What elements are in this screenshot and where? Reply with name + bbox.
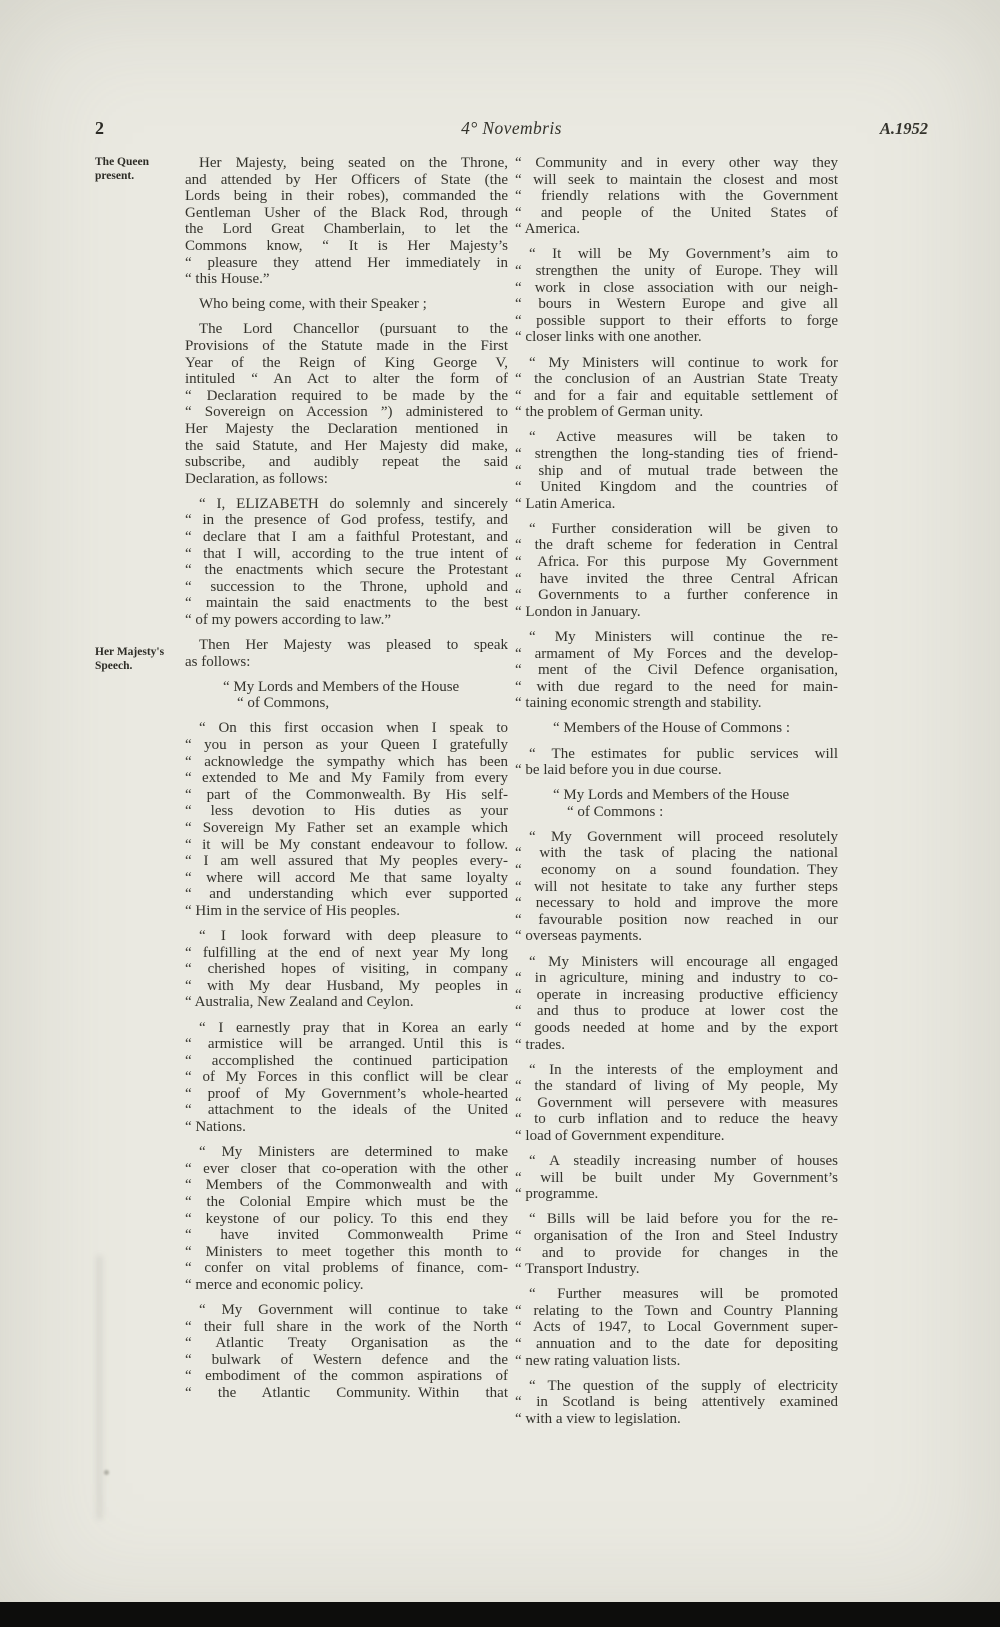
- text-line: “ Further consideration will be given to: [515, 521, 838, 538]
- text-line: “ accomplished the continued participati…: [185, 1053, 508, 1070]
- text-line: “ and thus to produce at lower cost the: [515, 1003, 838, 1020]
- text-line: “ annuation and to the date for depositi…: [515, 1336, 838, 1353]
- text-line: “ I earnestly pray that in Korea an earl…: [185, 1020, 508, 1037]
- paragraph: Who being come, with their Speaker ;: [185, 296, 508, 313]
- text-line: subscribe, and audibly repeat the said: [185, 454, 508, 471]
- paragraph: “ Members of the House of Commons :: [515, 720, 838, 737]
- text-line: “ the problem of German unity.: [515, 404, 838, 421]
- paragraph: Then Her Majesty was pleased to speakas …: [185, 637, 508, 670]
- text-line: “ strengthen the long-standing ties of f…: [515, 446, 838, 463]
- text-line: “ less devotion to His duties as your: [185, 803, 508, 820]
- text-line: “ of Commons :: [553, 804, 838, 821]
- text-line: Then Her Majesty was pleased to speak: [185, 637, 508, 654]
- text-line: “ Active measures will be taken to: [515, 429, 838, 446]
- text-line: “ have invited Commonwealth Prime: [185, 1227, 508, 1244]
- text-line: “ My Government will continue to take: [185, 1302, 508, 1319]
- text-line: “ It will be My Government’s aim to: [515, 246, 838, 263]
- text-line: “ have invited the three Central African: [515, 571, 838, 588]
- text-line: “ with a view to legislation.: [515, 1411, 838, 1428]
- text-line: “ America.: [515, 221, 838, 238]
- paragraph: The Lord Chancellor (pursuant to theProv…: [185, 321, 508, 487]
- text-line: Year of the Reign of King George V,: [185, 355, 508, 372]
- text-line: “ with due regard to the need for main-: [515, 679, 838, 696]
- text-line: “ organisation of the Iron and Steel Ind…: [515, 1228, 838, 1245]
- header-date: 4° Novembris: [95, 118, 928, 139]
- text-line: “ succession to the Throne, uphold and: [185, 579, 508, 596]
- text-line: “ cherished hopes of visiting, in compan…: [185, 961, 508, 978]
- text-line: “ Declaration required to be made by the: [185, 388, 508, 405]
- text-line: “ Members of the House of Commons :: [553, 720, 838, 737]
- text-line: “ My Lords and Members of the House: [553, 787, 838, 804]
- paragraph: “ Active measures will be taken to“ stre…: [515, 429, 838, 512]
- text-line: “ favourable position now reached in our: [515, 912, 838, 929]
- left-column: Her Majesty, being seated on the Throne,…: [185, 155, 508, 1410]
- paragraph: “ My Government will proceed resolutely“…: [515, 829, 838, 945]
- text-line: “ new rating valuation lists.: [515, 1353, 838, 1370]
- text-line: “ will not hesitate to take any further …: [515, 879, 838, 896]
- text-line: “ declare that I am a faithful Protestan…: [185, 529, 508, 546]
- text-line: “ extended to Me and My Family from ever…: [185, 770, 508, 787]
- text-line: the Lord Great Chamberlain, to let the: [185, 221, 508, 238]
- paragraph: “ I look forward with deep pleasure to“ …: [185, 928, 508, 1011]
- text-line: “ Latin America.: [515, 496, 838, 513]
- text-line: “ My Ministers will continue to work for: [515, 355, 838, 372]
- text-line: “ I look forward with deep pleasure to: [185, 928, 508, 945]
- text-line: “ necessary to hold and improve the more: [515, 895, 838, 912]
- text-line: “ overseas payments.: [515, 928, 838, 945]
- scan-edge-bar: [0, 1602, 1000, 1627]
- text-line: “ possible support to their efforts to f…: [515, 313, 838, 330]
- text-line: “ Community and in every other way they: [515, 155, 838, 172]
- paragraph: “ Further consideration will be given to…: [515, 521, 838, 621]
- text-line: “ Sovereign on Accession ”) administered…: [185, 404, 508, 421]
- text-line: “ the Atlantic Community. Within that: [185, 1385, 508, 1402]
- text-line: “ the standard of living of My people, M…: [515, 1078, 838, 1095]
- paragraph: “ In the interests of the employment and…: [515, 1062, 838, 1145]
- paragraph: “ My Ministers will continue the re-“ ar…: [515, 629, 838, 712]
- scan-smudge: [96, 1255, 103, 1520]
- text-line: “ maintain the said enactments to the be…: [185, 595, 508, 612]
- header-session-year: A.1952: [880, 119, 928, 139]
- text-line: “ Further measures will be promoted: [515, 1286, 838, 1303]
- text-line: Gentleman Usher of the Black Rod, throug…: [185, 205, 508, 222]
- text-line: “ of My Forces in this conflict will be …: [185, 1069, 508, 1086]
- text-line: Commons know, “ It is Her Majesty’s: [185, 238, 508, 255]
- paragraph: “ The estimates for public services will…: [515, 746, 838, 779]
- text-line: “ of my powers according to law.”: [185, 612, 508, 629]
- text-line: “ and for a fair and equitable settlemen…: [515, 388, 838, 405]
- text-line: “ Nations.: [185, 1119, 508, 1136]
- text-line: “ bours in Western Europe and give all: [515, 296, 838, 313]
- text-line: “ bulwark of Western defence and the: [185, 1352, 508, 1369]
- text-line: “ work in close association with our nei…: [515, 280, 838, 297]
- text-line: “ embodiment of the common aspirations o…: [185, 1368, 508, 1385]
- text-line: “ strengthen the unity of Europe. They w…: [515, 263, 838, 280]
- margin-note-majestys-speech: Her Majesty's Speech.: [95, 646, 183, 673]
- text-line: “ their full share in the work of the No…: [185, 1319, 508, 1336]
- text-line: “ goods needed at home and by the export: [515, 1020, 838, 1037]
- text-line: “ in agriculture, mining and industry to…: [515, 970, 838, 987]
- text-line: “ the enactments which secure the Protes…: [185, 562, 508, 579]
- paragraph: “ A steadily increasing number of houses…: [515, 1153, 838, 1203]
- text-line: intituled “ An Act to alter the form of: [185, 371, 508, 388]
- text-line: Her Majesty, being seated on the Throne,: [185, 155, 508, 172]
- text-line: “ Ministers to meet together this month …: [185, 1244, 508, 1261]
- text-line: “ operate in increasing productive effic…: [515, 987, 838, 1004]
- text-line: “ will seek to maintain the closest and …: [515, 172, 838, 189]
- paragraph: “ It will be My Government’s aim to“ str…: [515, 246, 838, 346]
- text-line: Provisions of the Statute made in the Fi…: [185, 338, 508, 355]
- text-line: “ attachment to the ideals of the United: [185, 1102, 508, 1119]
- paragraph: “ Community and in every other way they“…: [515, 155, 838, 238]
- text-line: “ My Ministers will continue the re-: [515, 629, 838, 646]
- text-line: “ friendly relations with the Government: [515, 188, 838, 205]
- text-line: “ I, ELIZABETH do solemnly and sincerely: [185, 496, 508, 513]
- text-line: “ in Scotland is being attentively exami…: [515, 1394, 838, 1411]
- text-line: “ ship and of mutual trade between the: [515, 463, 838, 480]
- text-line: “ armament of My Forces and the develop-: [515, 646, 838, 663]
- paragraph: “ Bills will be laid before you for the …: [515, 1211, 838, 1277]
- text-line: “ I am well assured that My peoples ever…: [185, 853, 508, 870]
- text-line: “ Atlantic Treaty Organisation as the: [185, 1335, 508, 1352]
- text-line: Lords being in their robes), commanded t…: [185, 188, 508, 205]
- paragraph: “ The question of the supply of electric…: [515, 1378, 838, 1428]
- text-line: “ Governments to a further conference in: [515, 587, 838, 604]
- text-line: Who being come, with their Speaker ;: [185, 296, 508, 313]
- paragraph: “ I earnestly pray that in Korea an earl…: [185, 1020, 508, 1136]
- text-line: “ proof of My Government’s whole-hearted: [185, 1086, 508, 1103]
- text-line: Declaration, as follows:: [185, 471, 508, 488]
- paragraph: “ I, ELIZABETH do solemnly and sincerely…: [185, 496, 508, 629]
- margin-note-queen-present: The Queen present.: [95, 156, 183, 183]
- paragraph: “ On this first occasion when I speak to…: [185, 720, 508, 919]
- text-line: “ My Government will proceed resolutely: [515, 829, 838, 846]
- text-line: “ Africa. For this purpose My Government: [515, 554, 838, 571]
- text-line: “ economy on a sound foundation. They: [515, 862, 838, 879]
- text-line: “ armistice will be arranged. Until this…: [185, 1036, 508, 1053]
- text-line: “ the draft scheme for federation in Cen…: [515, 537, 838, 554]
- text-line: “ Bills will be laid before you for the …: [515, 1211, 838, 1228]
- text-line: “ confer on vital problems of finance, c…: [185, 1260, 508, 1277]
- text-line: “ Australia, New Zealand and Ceylon.: [185, 994, 508, 1011]
- text-line: “ My Ministers are determined to make: [185, 1144, 508, 1161]
- text-line: “ Transport Industry.: [515, 1261, 838, 1278]
- text-line: “ Sovereign My Father set an example whi…: [185, 820, 508, 837]
- text-line: and attended by Her Officers of State (t…: [185, 172, 508, 189]
- text-line: “ Acts of 1947, to Local Government supe…: [515, 1319, 838, 1336]
- text-line: “ Members of the Commonwealth and with: [185, 1177, 508, 1194]
- text-line: “ closer links with one another.: [515, 329, 838, 346]
- text-line: “ merce and economic policy.: [185, 1277, 508, 1294]
- text-line: “ Him in the service of His peoples.: [185, 903, 508, 920]
- text-line: “ taining economic strength and stabilit…: [515, 695, 838, 712]
- text-line: “ and to provide for changes in the: [515, 1245, 838, 1262]
- text-line: “ My Lords and Members of the House: [223, 679, 508, 696]
- text-line: “ it will be My constant endeavour to fo…: [185, 837, 508, 854]
- text-line: “ be laid before you in due course.: [515, 762, 838, 779]
- paragraph: “ My Lords and Members of the House“ of …: [515, 787, 838, 820]
- paragraph: “ My Government will continue to take“ t…: [185, 1302, 508, 1402]
- text-line: “ with My dear Husband, My peoples in: [185, 978, 508, 995]
- text-line: “ to curb inflation and to reduce the he…: [515, 1111, 838, 1128]
- paragraph: “ My Lords and Members of the House“ of …: [185, 679, 508, 712]
- text-line: The Lord Chancellor (pursuant to the: [185, 321, 508, 338]
- text-line: “ of Commons,: [223, 695, 508, 712]
- right-column: “ Community and in every other way they“…: [515, 155, 838, 1436]
- text-line: “ United Kingdom and the countries of: [515, 479, 838, 496]
- text-line: “ pleasure they attend Her immediately i…: [185, 255, 508, 272]
- paragraph: “ My Ministers will encourage all engage…: [515, 954, 838, 1054]
- text-line: “ that I will, according to the true int…: [185, 546, 508, 563]
- text-line: “ relating to the Town and Country Plann…: [515, 1303, 838, 1320]
- scan-speck: [104, 1470, 109, 1475]
- text-line: “ in the presence of God profess, testif…: [185, 512, 508, 529]
- text-line: “ A steadily increasing number of houses: [515, 1153, 838, 1170]
- text-line: “ Government will persevere with measure…: [515, 1095, 838, 1112]
- text-line: the said Statute, and Her Majesty did ma…: [185, 438, 508, 455]
- text-line: “ On this first occasion when I speak to: [185, 720, 508, 737]
- text-line: “ will be built under My Government’s: [515, 1170, 838, 1187]
- text-line: “ ment of the Civil Defence organisation…: [515, 662, 838, 679]
- text-line: Her Majesty the Declaration mentioned in: [185, 421, 508, 438]
- text-line: “ London in January.: [515, 604, 838, 621]
- text-line: “ load of Government expenditure.: [515, 1128, 838, 1145]
- paragraph: “ My Ministers will continue to work for…: [515, 355, 838, 421]
- text-line: “ programme.: [515, 1186, 838, 1203]
- text-line: “ keystone of our policy. To this end th…: [185, 1211, 508, 1228]
- text-line: “ acknowledge the sympathy which has bee…: [185, 754, 508, 771]
- text-line: “ trades.: [515, 1037, 838, 1054]
- text-line: “ and people of the United States of: [515, 205, 838, 222]
- text-line: “ In the interests of the employment and: [515, 1062, 838, 1079]
- page-header: 2 4° Novembris A.1952: [95, 118, 928, 142]
- text-line: “ The estimates for public services will: [515, 746, 838, 763]
- paragraph: “ My Ministers are determined to make“ e…: [185, 1144, 508, 1293]
- paragraph: “ Further measures will be promoted“ rel…: [515, 1286, 838, 1369]
- text-line: “ the conclusion of an Austrian State Tr…: [515, 371, 838, 388]
- text-line: “ The question of the supply of electric…: [515, 1378, 838, 1395]
- paragraph: Her Majesty, being seated on the Throne,…: [185, 155, 508, 288]
- text-line: “ My Ministers will encourage all engage…: [515, 954, 838, 971]
- text-line: “ ever closer that co-operation with the…: [185, 1161, 508, 1178]
- journal-page: 2 4° Novembris A.1952 The Queen present.…: [0, 0, 1000, 1627]
- text-line: “ fulfilling at the end of next year My …: [185, 945, 508, 962]
- text-line: as follows:: [185, 654, 508, 671]
- text-line: “ and understanding which ever supported: [185, 886, 508, 903]
- text-line: “ this House.”: [185, 271, 508, 288]
- text-line: “ with the task of placing the national: [515, 845, 838, 862]
- text-line: “ where will accord Me that same loyalty: [185, 870, 508, 887]
- text-line: “ part of the Commonwealth. By His self-: [185, 787, 508, 804]
- text-line: “ you in person as your Queen I grateful…: [185, 737, 508, 754]
- text-line: “ the Colonial Empire which must be the: [185, 1194, 508, 1211]
